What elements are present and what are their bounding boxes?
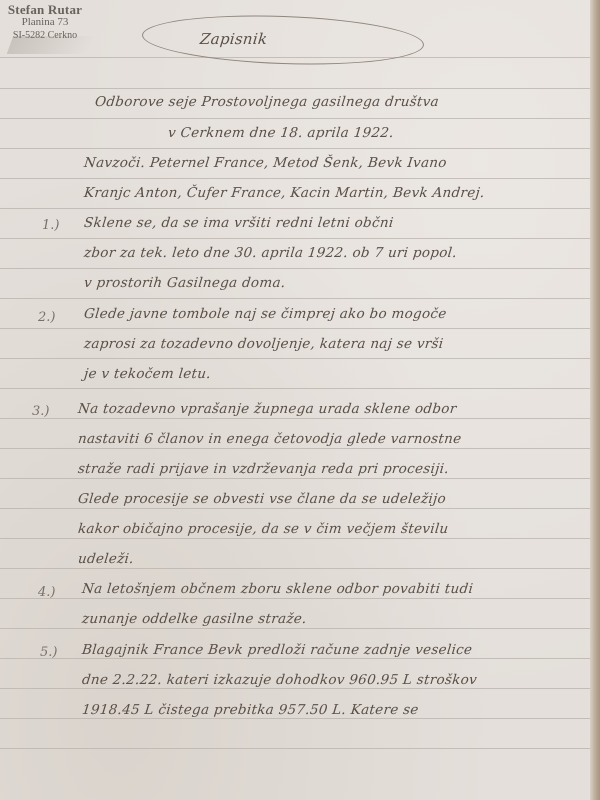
- present-label: Navzoči.: [83, 155, 146, 171]
- page-title: Zapisnik: [199, 30, 268, 48]
- ruled-line: [0, 118, 592, 119]
- ruled-line: [0, 148, 592, 149]
- item-number: 4.): [38, 585, 55, 600]
- item-3-line-4: Glede procesije se obvesti vse člane da …: [77, 491, 447, 507]
- ruled-line: [0, 568, 592, 569]
- item-4-line-1: Na letošnjem občnem zboru sklene odbor p…: [81, 581, 474, 597]
- item-3-line-3: straže radi prijave in vzdrževanja reda …: [77, 461, 450, 477]
- item-4-line-2: zunanje oddelke gasilne straže.: [81, 611, 307, 627]
- item-number: 2.): [38, 310, 55, 325]
- item-5-line-3: 1918.45 L čistega prebitka 957.50 L. Kat…: [81, 702, 419, 718]
- ruled-line: [0, 508, 592, 509]
- stamp-street: Planina 73: [4, 16, 86, 29]
- item-number: 5.): [40, 645, 57, 660]
- owner-stamp: Stefan Rutar Planina 73 SI-5282 Cerkno: [4, 3, 86, 42]
- present-line-2: Kranjc Anton, Čufer France, Kacin Martin…: [83, 185, 485, 201]
- item-1-line-1: Sklene se, da se ima vršiti redni letni …: [83, 215, 394, 231]
- ruled-line: [0, 238, 592, 239]
- item-2-line-1: Glede javne tombole naj se čimprej ako b…: [83, 306, 447, 322]
- ruled-line: [0, 328, 592, 329]
- ruled-line: [0, 88, 592, 89]
- ruled-line: [0, 388, 592, 389]
- item-number: 3.): [32, 404, 49, 419]
- ruled-line: [0, 628, 592, 629]
- stamp-city: SI-5282 Cerkno: [4, 29, 86, 42]
- item-number: 1.): [42, 218, 59, 233]
- item-3-line-2: nastaviti 6 članov in enega četovodja gl…: [77, 431, 462, 447]
- ruled-line: [0, 298, 592, 299]
- item-3-line-5: kakor običajno procesije, da se v čim ve…: [77, 521, 449, 537]
- item-1-line-3: v prostorih Gasilnega doma.: [83, 275, 286, 291]
- heading-line-1: Odborove seje Prostovoljnega gasilnega d…: [94, 94, 440, 110]
- present-names-1: Peternel France, Metod Šenk, Bevk Ivano: [149, 155, 448, 171]
- ruled-line: [0, 418, 592, 419]
- document-page: Stefan Rutar Planina 73 SI-5282 Cerkno Z…: [0, 0, 600, 800]
- ruled-line: [0, 658, 592, 659]
- stamp-name: Stefan Rutar: [4, 3, 86, 16]
- ruled-line: [0, 718, 592, 719]
- ruled-line: [0, 538, 592, 539]
- ruled-line: [0, 208, 592, 209]
- item-2-line-3: je v tekočem letu.: [83, 366, 212, 382]
- ruled-line: [0, 268, 592, 269]
- heading-line-2: v Cerknem dne 18. aprila 1922.: [167, 125, 394, 141]
- present-line-1: Navzoči. Peternel France, Metod Šenk, Be…: [83, 155, 447, 171]
- item-1-line-2: zbor za tek. leto dne 30. aprila 1922. o…: [83, 245, 458, 261]
- item-5-line-1: Blagajnik France Bevk predloži račune za…: [81, 642, 473, 658]
- item-5-line-2: dne 2.2.22. kateri izkazuje dohodkov 960…: [81, 672, 478, 688]
- ruled-line: [0, 448, 592, 449]
- ruled-line: [0, 598, 592, 599]
- item-3-line-1: Na tozadevno vprašanje župnega urada skl…: [77, 401, 457, 417]
- title-oval: [141, 11, 425, 69]
- ruled-line: [0, 178, 592, 179]
- page-binding-edge: [590, 0, 600, 800]
- item-3-line-6: udeleži.: [77, 551, 134, 567]
- ruled-line: [0, 688, 592, 689]
- item-2-line-2: zaprosi za tozadevno dovoljenje, katera …: [83, 336, 444, 352]
- ruled-line: [0, 358, 592, 359]
- ruled-line: [0, 478, 592, 479]
- ruled-line: [0, 748, 592, 749]
